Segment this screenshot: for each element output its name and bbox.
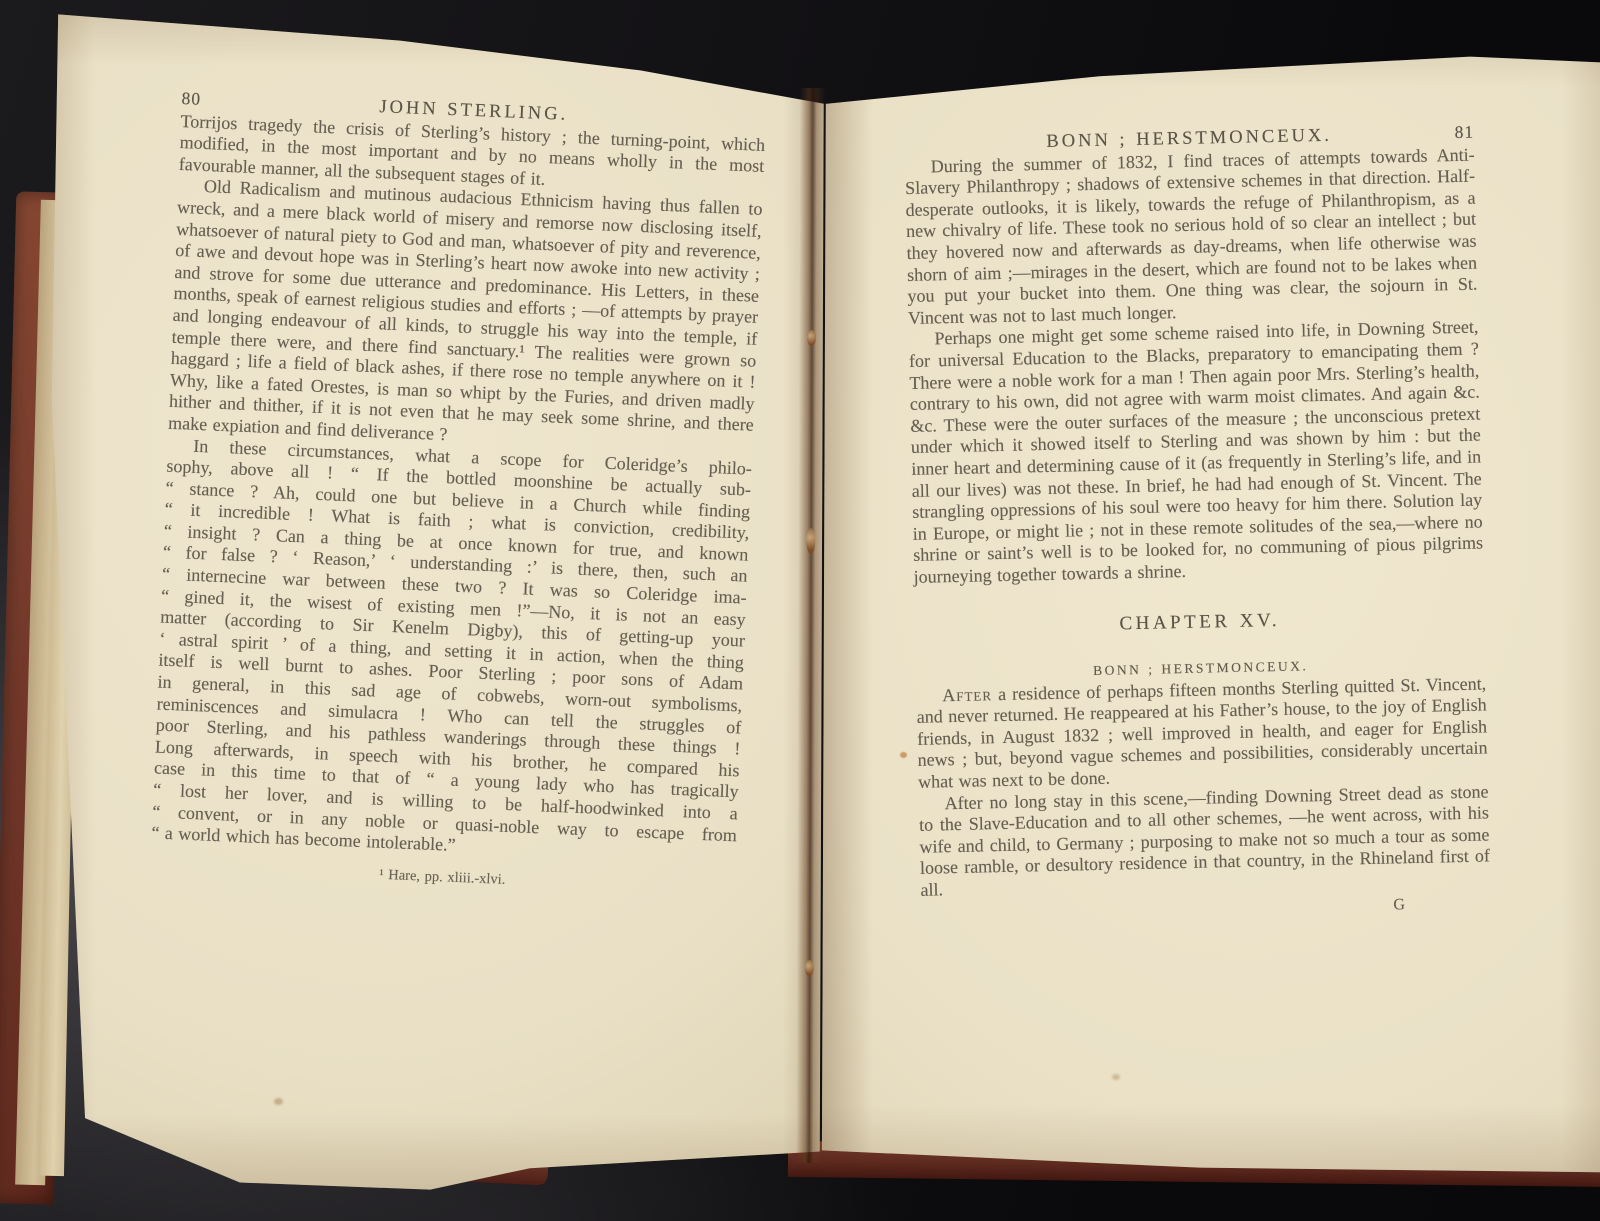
left-page: 80 JOHN STERLING. Torrijos tragedy the c… xyxy=(40,6,830,1198)
binding-stitch xyxy=(805,960,814,976)
quoted-passage: In these circumstances, what a scope for… xyxy=(151,434,752,868)
paragraph: Old Radicalism and mutinous audacious Et… xyxy=(168,175,763,458)
right-page: BONN ; HERSTMONCEUX. 81 During the summe… xyxy=(818,30,1600,1185)
book-gutter xyxy=(796,88,826,1163)
binding-stitch xyxy=(807,330,816,346)
chapter-opening-paragraph: After a residence of perhaps fifteen mon… xyxy=(916,673,1488,793)
paragraph: Perhaps one might get some scheme raised… xyxy=(908,317,1484,588)
right-page-number: 81 xyxy=(1412,122,1474,145)
book-photograph: 80 JOHN STERLING. Torrijos tragedy the c… xyxy=(0,0,1600,1221)
chapter-heading: CHAPTER XV. xyxy=(915,606,1485,640)
lead-word: After xyxy=(942,684,992,705)
header-spacer xyxy=(904,149,966,150)
right-page-text: BONN ; HERSTMONCEUX. 81 During the summe… xyxy=(904,122,1491,926)
paragraph-text: a residence of perhaps fifteen months St… xyxy=(917,673,1488,792)
left-page-text: 80 JOHN STERLING. Torrijos tragedy the c… xyxy=(150,88,767,901)
left-page-number: 80 xyxy=(181,88,244,112)
paragraph: During the summer of 1832, I find traces… xyxy=(904,144,1478,329)
paragraph: After no long stay in this scene,—findin… xyxy=(918,781,1490,901)
binding-stitch xyxy=(806,528,815,554)
header-spacer xyxy=(704,125,766,128)
